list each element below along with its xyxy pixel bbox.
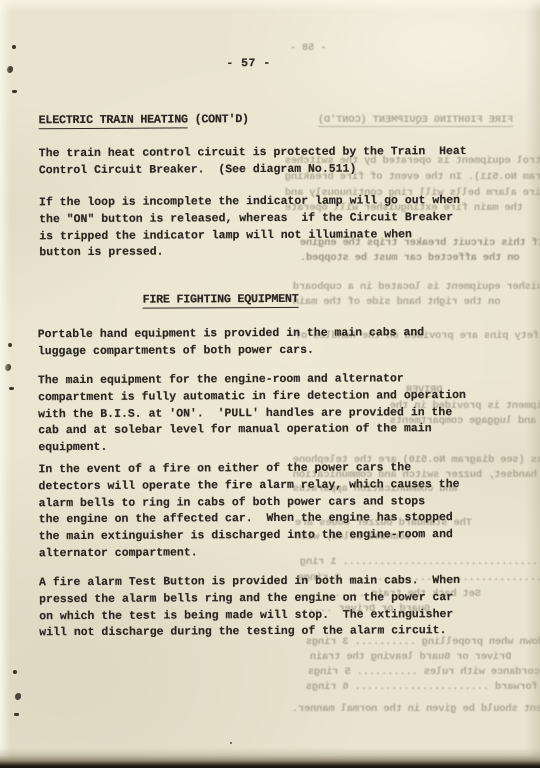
paragraph-portable-equipment: Portable hand equipment is provided in t…	[38, 325, 425, 361]
scanned-manual-page: - 58 - FIRE FIGHTING EQUIPMENT (CONT'D) …	[0, 0, 540, 768]
paragraph-test-button: A fire alarm Test Button is provided in …	[39, 573, 460, 642]
section-heading-electric-train-heating: ELECTRIC TRAIN HEATING (CONT'D)	[39, 111, 249, 129]
paragraph-main-equipment: The main equipment for the engine-room a…	[38, 371, 466, 457]
paragraph-train-heat-circuit: The train heat control circuit is protec…	[39, 144, 467, 180]
scan-edge-bottom	[0, 748, 540, 768]
scan-edge-top	[0, 0, 540, 12]
scan-edge-right	[526, 0, 540, 768]
heading-suffix: (CONT'D)	[188, 112, 249, 126]
paragraph-fire-event: In the event of a fire on either of the …	[38, 460, 459, 563]
page-content: - 57 - ELECTRIC TRAIN HEATING (CONT'D) T…	[0, 0, 540, 768]
heading-underlined-text: FIRE FIGHTING EQUIPMENT	[143, 292, 299, 308]
section-heading-fire-fighting-equipment: FIRE FIGHTING EQUIPMENT	[143, 291, 299, 309]
paragraph-indicator-lamp: If the loop is incomplete the indicator …	[39, 193, 460, 262]
scan-edge-left	[0, 0, 10, 768]
page-number: - 57 -	[226, 56, 271, 73]
heading-underlined-text: ELECTRIC TRAIN HEATING	[39, 112, 188, 128]
